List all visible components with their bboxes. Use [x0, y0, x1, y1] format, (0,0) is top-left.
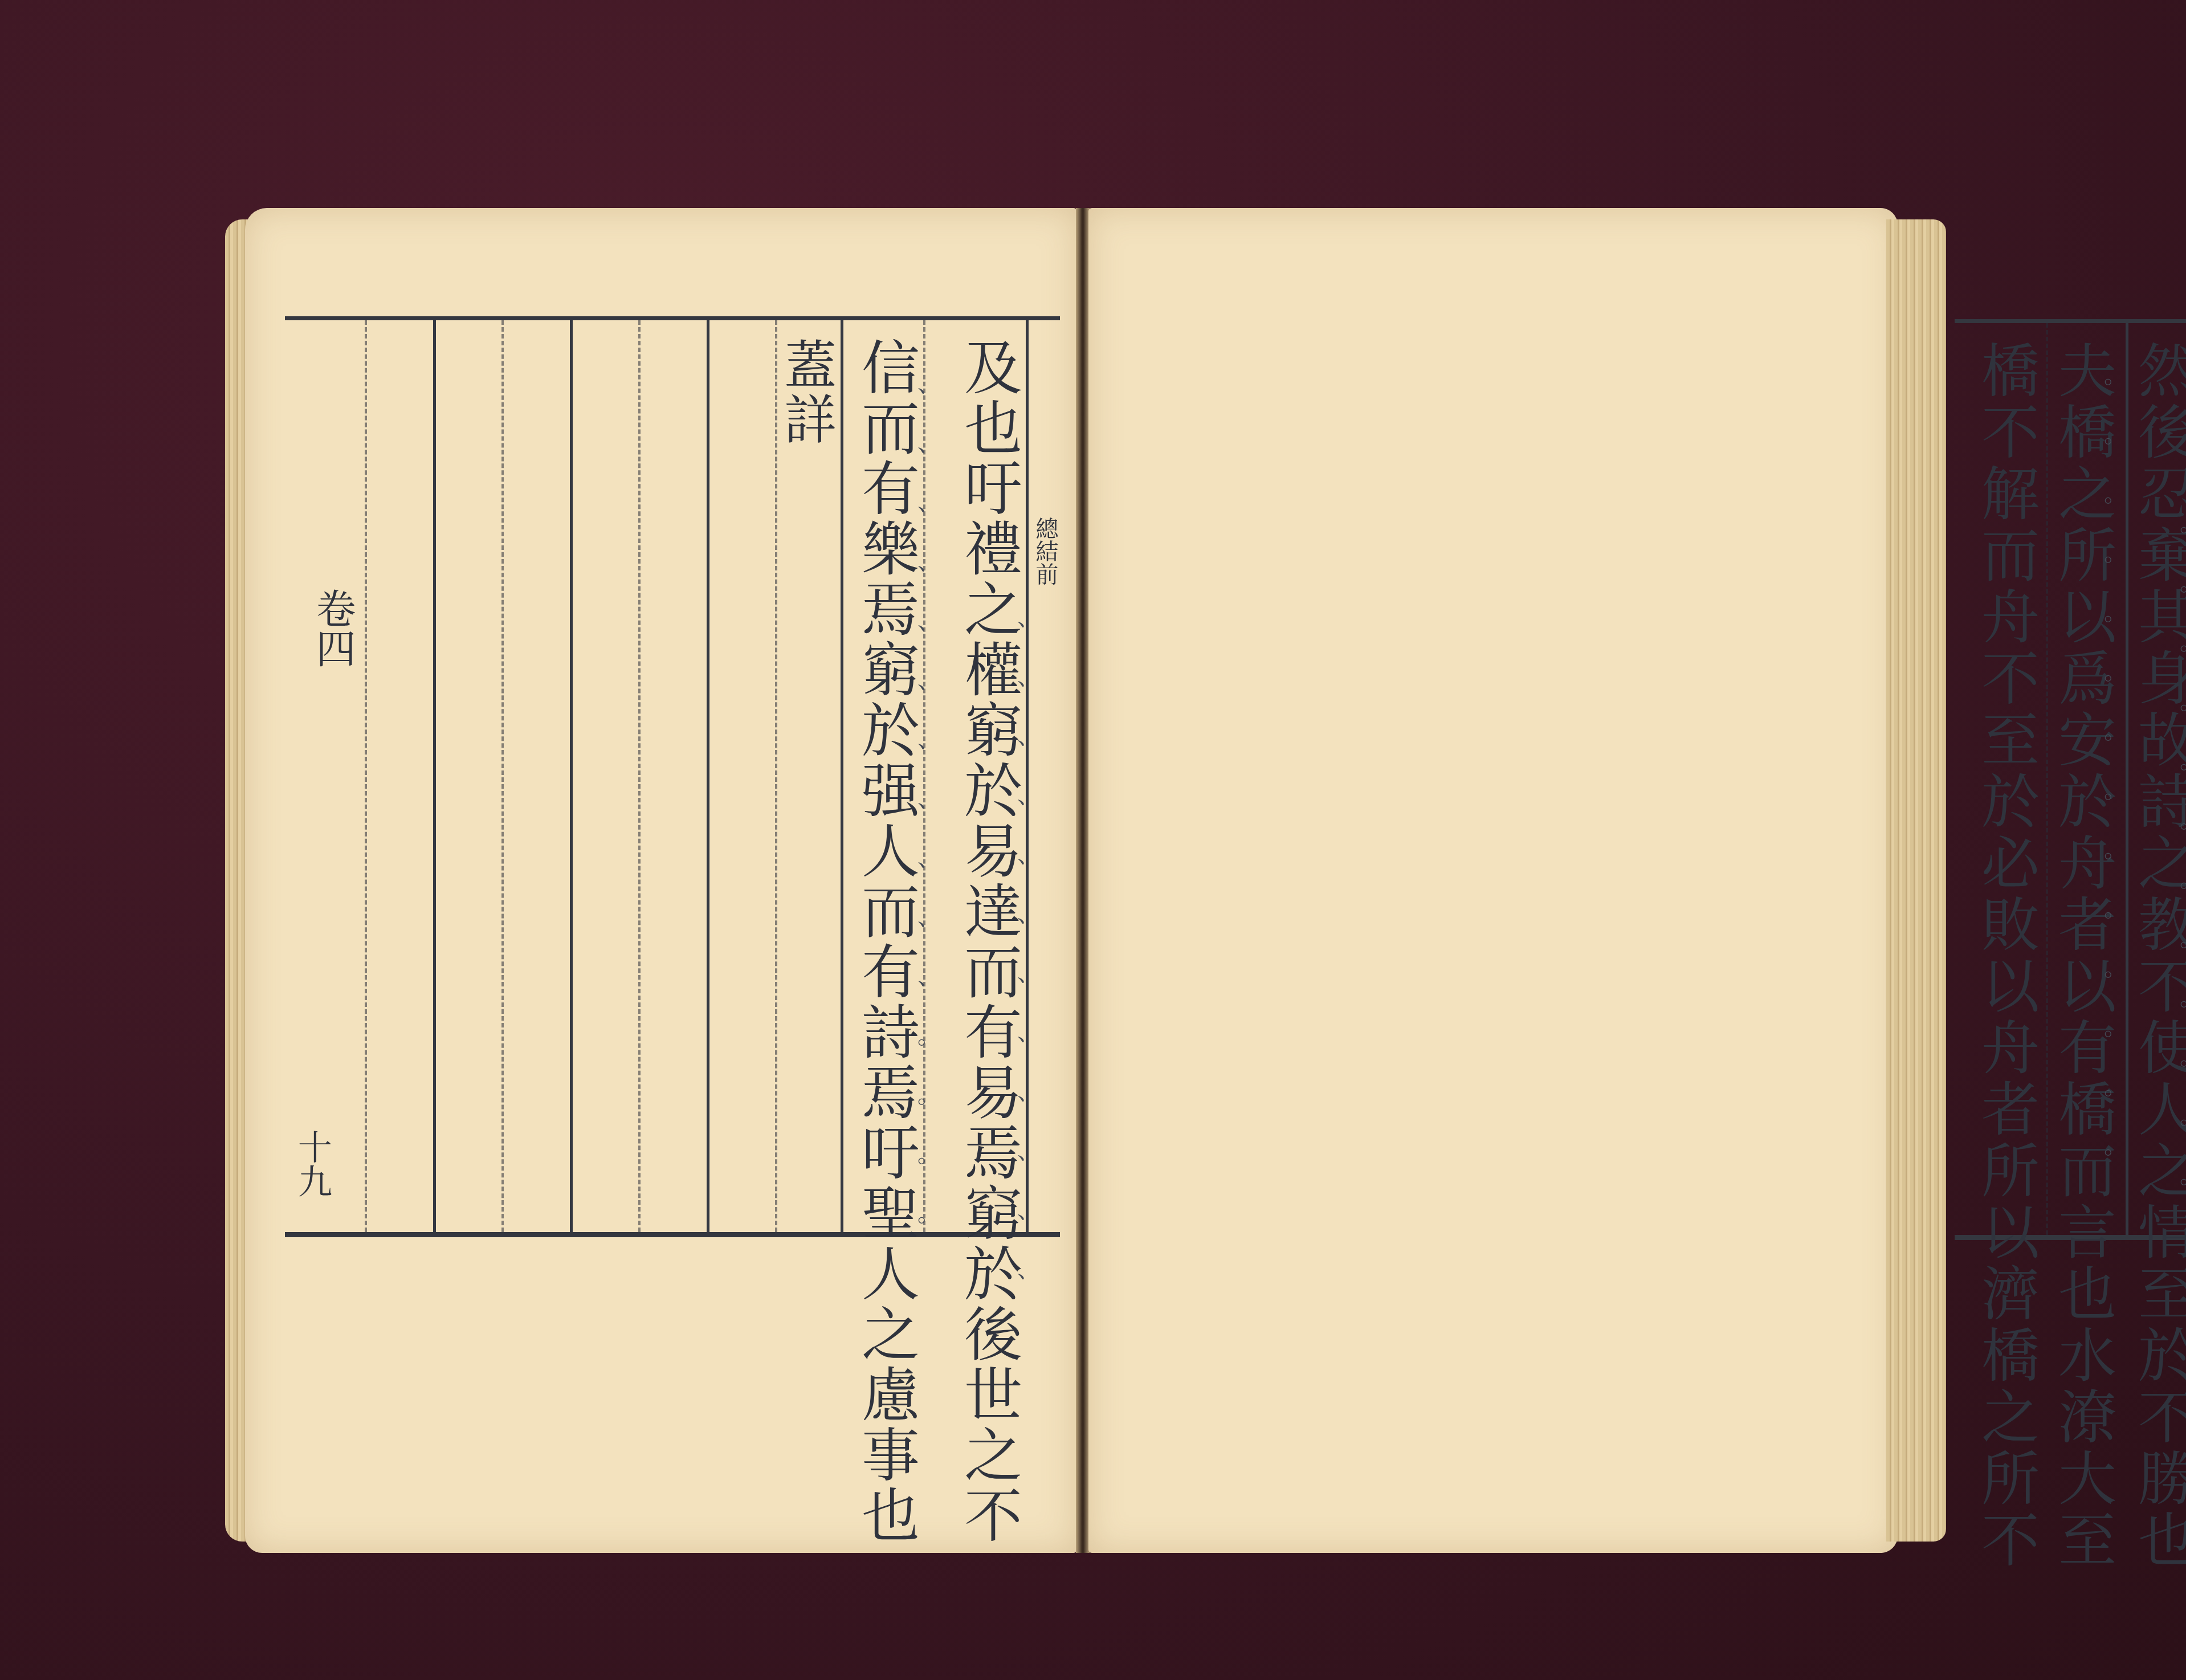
column-rule — [501, 320, 504, 1232]
column-rule — [775, 320, 777, 1232]
margin-annotation: 總結前 — [1008, 517, 1083, 585]
left-page-number: 十九 — [288, 1129, 337, 1198]
column-rule — [841, 320, 843, 1232]
left-page-frame: 卷四 十九 及也吁禮之權窮於易達而有易焉窮於後世之不 總結前 、、、、、、、、、… — [285, 316, 1060, 1237]
column-rule — [570, 320, 573, 1232]
text-column-7: 然後忍棄其身故詩之教不使人之情至於不勝也 — [2126, 340, 2186, 1571]
text-column-3: 蓋詳 — [766, 337, 835, 447]
column-rule — [638, 320, 641, 1232]
emphasis-marks: 、、、、、、、、、、、。。。。 — [917, 354, 940, 1243]
book-gutter — [1076, 208, 1090, 1553]
emphasis-marks: 、、、、、、、、、、、、 — [1017, 588, 1040, 1299]
right-page: 卒不忍去怨而不至於叛者也故天下觀之曰聖人 固許我以好色而不尤我之怨吾君父兄也許我… — [1088, 208, 1898, 1553]
column-rule — [707, 320, 709, 1232]
right-fore-edge — [1886, 219, 1946, 1542]
left-page: 卷四 十九 及也吁禮之權窮於易達而有易焉窮於後世之不 總結前 、、、、、、、、、… — [245, 208, 1077, 1553]
text-column-2: 信而有樂焉窮於强人而有詩焉吁聖人之慮事也 — [849, 337, 917, 1546]
text-column-9: 橋不解而舟不至於必敗以舟者所以濟橋之所不 — [1969, 340, 2037, 1571]
column-rule — [433, 320, 436, 1232]
column-rule — [365, 320, 367, 1232]
emphasis-marks: 。。。。。。。。。。。。 — [2180, 494, 2186, 1205]
emphasis-marks: 。。。。。。。。。。。。。。 — [2104, 346, 2127, 1176]
open-book: 卷四 十九 及也吁禮之權窮於易達而有易焉窮於後世之不 總結前 、、、、、、、、、… — [245, 208, 2148, 1553]
right-page-frame: 卒不忍去怨而不至於叛者也故天下觀之曰聖人 固許我以好色而不尤我之怨吾君父兄也許我… — [1955, 319, 2186, 1240]
left-juan-label: 卷四 — [291, 588, 374, 668]
